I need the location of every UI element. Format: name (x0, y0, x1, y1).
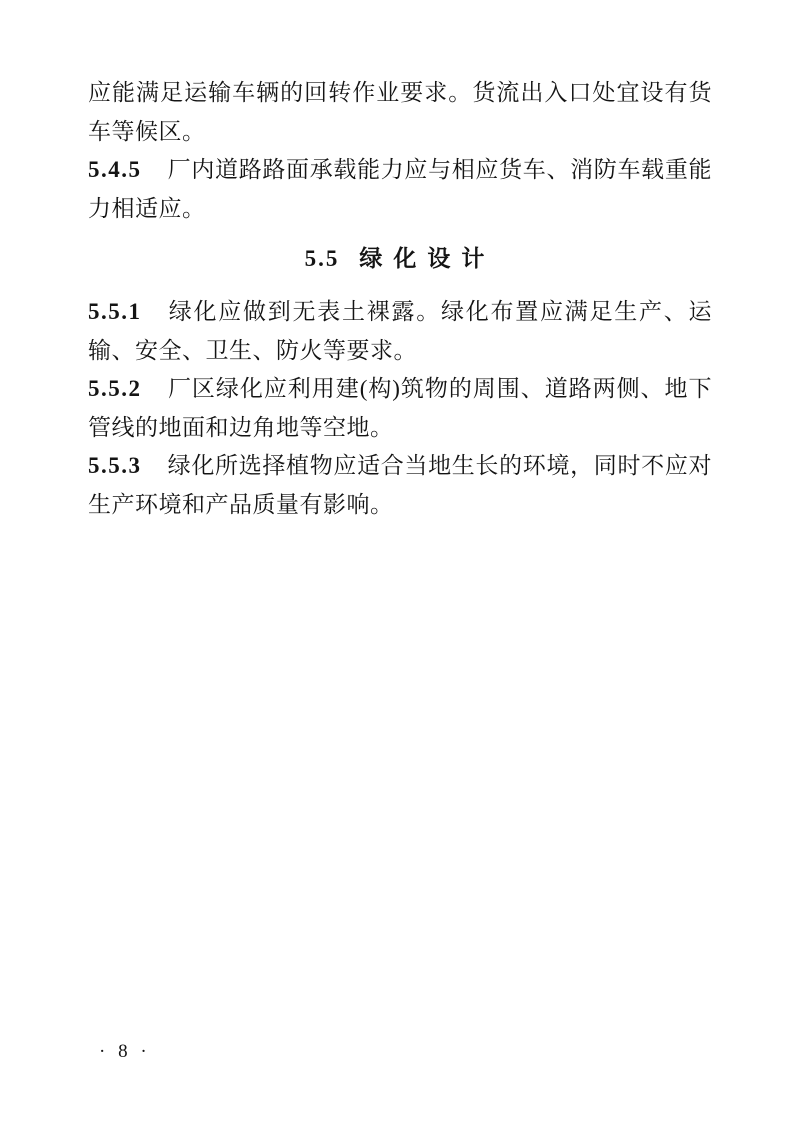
clause-number: 5.5.2 (88, 376, 168, 401)
page-footer: · 8 · (99, 1041, 151, 1063)
clause-number: 5.4.5 (88, 157, 168, 182)
clause-5-4-5: 5.4.5厂内道路路面承载能力应与相应货车、消防车载重能力相适应。 (88, 151, 712, 228)
clause-number: 5.5.3 (88, 453, 168, 478)
paragraph-text: 厂内道路路面承载能力应与相应货车、消防车载重能力相适应。 (88, 157, 712, 221)
clause-5-5-2: 5.5.2厂区绿化应利用建(构)筑物的周围、道路两侧、地下管线的地面和边角地等空… (88, 370, 712, 447)
clause-5-5-1: 5.5.1绿化应做到无表土裸露。绿化布置应满足生产、运输、安全、卫生、防火等要求… (88, 293, 712, 370)
section-heading: 5.5绿化设计 (88, 240, 712, 278)
paragraph-text: 厂区绿化应利用建(构)筑物的周围、道路两侧、地下管线的地面和边角地等空地。 (88, 376, 712, 440)
section-heading-title: 绿化设计 (359, 246, 495, 271)
paragraph-text: 绿化应做到无表土裸露。绿化布置应满足生产、运输、安全、卫生、防火等要求。 (88, 299, 712, 363)
clause-5-5-3: 5.5.3绿化所选择植物应适合当地生长的环境，同时不应对生产环境和产品质量有影响… (88, 447, 712, 524)
document-page: 应能满足运输车辆的回转作业要求。货流出入口处宜设有货车等候区。 5.4.5厂内道… (0, 0, 794, 1123)
page-number: · 8 · (99, 1041, 151, 1062)
paragraph-text: 应能满足运输车辆的回转作业要求。货流出入口处宜设有货车等候区。 (88, 80, 712, 144)
page-content: 应能满足运输车辆的回转作业要求。货流出入口处宜设有货车等候区。 5.4.5厂内道… (88, 74, 712, 524)
paragraph-text: 绿化所选择植物应适合当地生长的环境，同时不应对生产环境和产品质量有影响。 (88, 453, 712, 517)
clause-number: 5.5.1 (88, 299, 168, 324)
paragraph-continuation: 应能满足运输车辆的回转作业要求。货流出入口处宜设有货车等候区。 (88, 74, 712, 151)
section-heading-number: 5.5 (305, 246, 340, 271)
